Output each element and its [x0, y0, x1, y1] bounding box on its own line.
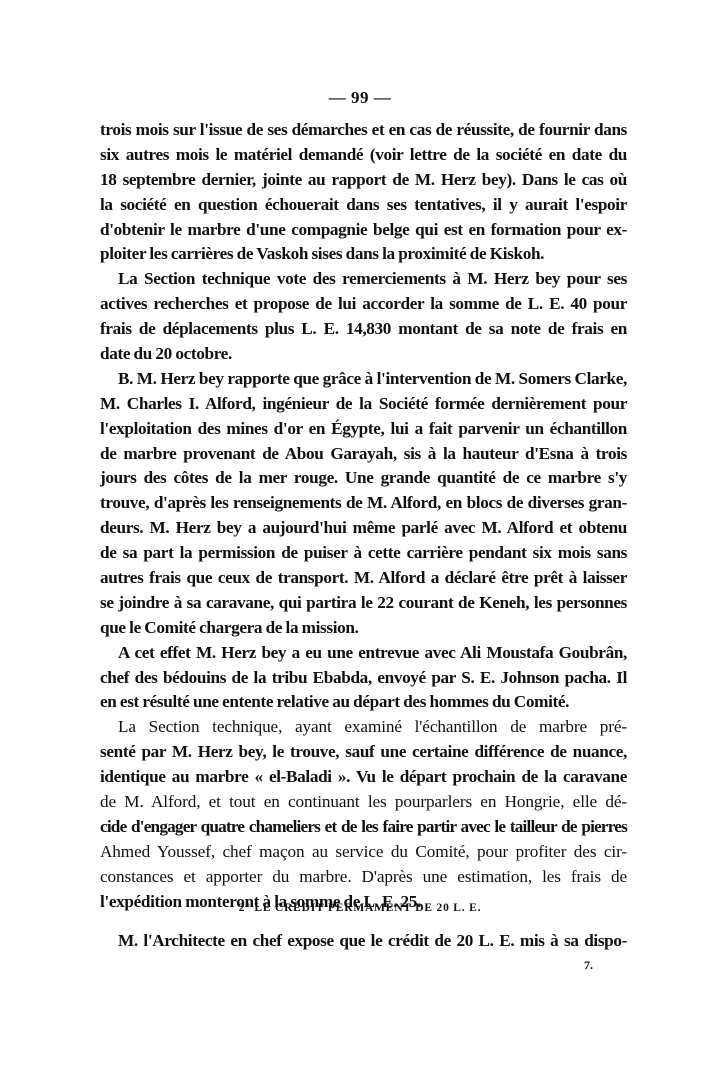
- text-line: autres frais que ceux de transport. M. A…: [100, 566, 627, 591]
- text-line: en est résulté une entente relative au d…: [100, 690, 627, 715]
- section-heading: 2° LE CRÉDIT PERMAMENT DE 20 L. E.: [0, 902, 720, 914]
- text-line: cide d'engager quatre chameliers et de l…: [100, 815, 627, 840]
- text-line: M. Charles I. Alford, ingénieur de la So…: [100, 392, 627, 417]
- text-line: la société en question échouerait dans s…: [100, 193, 627, 218]
- text-line: frais de déplacements plus L. E. 14,830 …: [100, 317, 627, 342]
- text-line: senté par M. Herz bey, le trouve, sauf u…: [100, 740, 627, 765]
- text-line: trouve, d'après les renseignements de M.…: [100, 491, 627, 516]
- body-text: trois mois sur l'issue de ses démarches …: [100, 118, 627, 915]
- text-line: 18 septembre dernier, jointe au rapport …: [100, 168, 627, 193]
- text-line: deurs. M. Herz bey a aujourd'hui même pa…: [100, 516, 627, 541]
- text-line: actives recherches et propose de lui acc…: [100, 292, 627, 317]
- text-line: six autres mois le matériel demandé (voi…: [100, 143, 627, 168]
- paragraph-start: B. M. Herz bey rapporte que grâce à l'in…: [100, 367, 627, 392]
- text-line: d'obtenir le marbre d'une compagnie belg…: [100, 218, 627, 243]
- text-line: chef des bédouins de la tribu Ebabda, en…: [100, 666, 627, 691]
- paragraph-start: La Section technique vote des remercieme…: [100, 267, 627, 292]
- text-line: de M. Alford, et tout en continuant les …: [100, 790, 627, 815]
- text-line: constances et apporter du marbre. D'aprè…: [100, 865, 627, 890]
- text-line: Ahmed Youssef, chef maçon au service du …: [100, 840, 627, 865]
- page-number: — 99 —: [0, 88, 720, 108]
- paragraph-start: La Section technique, ayant examiné l'éc…: [100, 715, 627, 740]
- text-line: l'exploitation des mines d'or en Égypte,…: [100, 417, 627, 442]
- text-line: que le Comité chargera de la mission.: [100, 616, 627, 641]
- signature-mark: 7.: [584, 958, 593, 973]
- paragraph-start: M. l'Architecte en chef expose que le cr…: [118, 929, 627, 953]
- text-line: de marbre provenant de Abou Garayah, sis…: [100, 442, 627, 467]
- text-line: date du 20 octobre.: [100, 342, 627, 367]
- text-line: ploiter les carrières de Vaskoh sises da…: [100, 242, 627, 267]
- text-line: se joindre à sa caravane, qui partira le…: [100, 591, 627, 616]
- text-line: jours des côtes de la mer rouge. Une gra…: [100, 466, 627, 491]
- text-line: de sa part la permission de puiser à cet…: [100, 541, 627, 566]
- document-page: — 99 — trois mois sur l'issue de ses dém…: [0, 0, 720, 1078]
- text-line: identique au marbre « el-Baladi ». Vu le…: [100, 765, 627, 790]
- text-line: trois mois sur l'issue de ses démarches …: [100, 118, 627, 143]
- paragraph-start: A cet effet M. Herz bey a eu une entrevu…: [100, 641, 627, 666]
